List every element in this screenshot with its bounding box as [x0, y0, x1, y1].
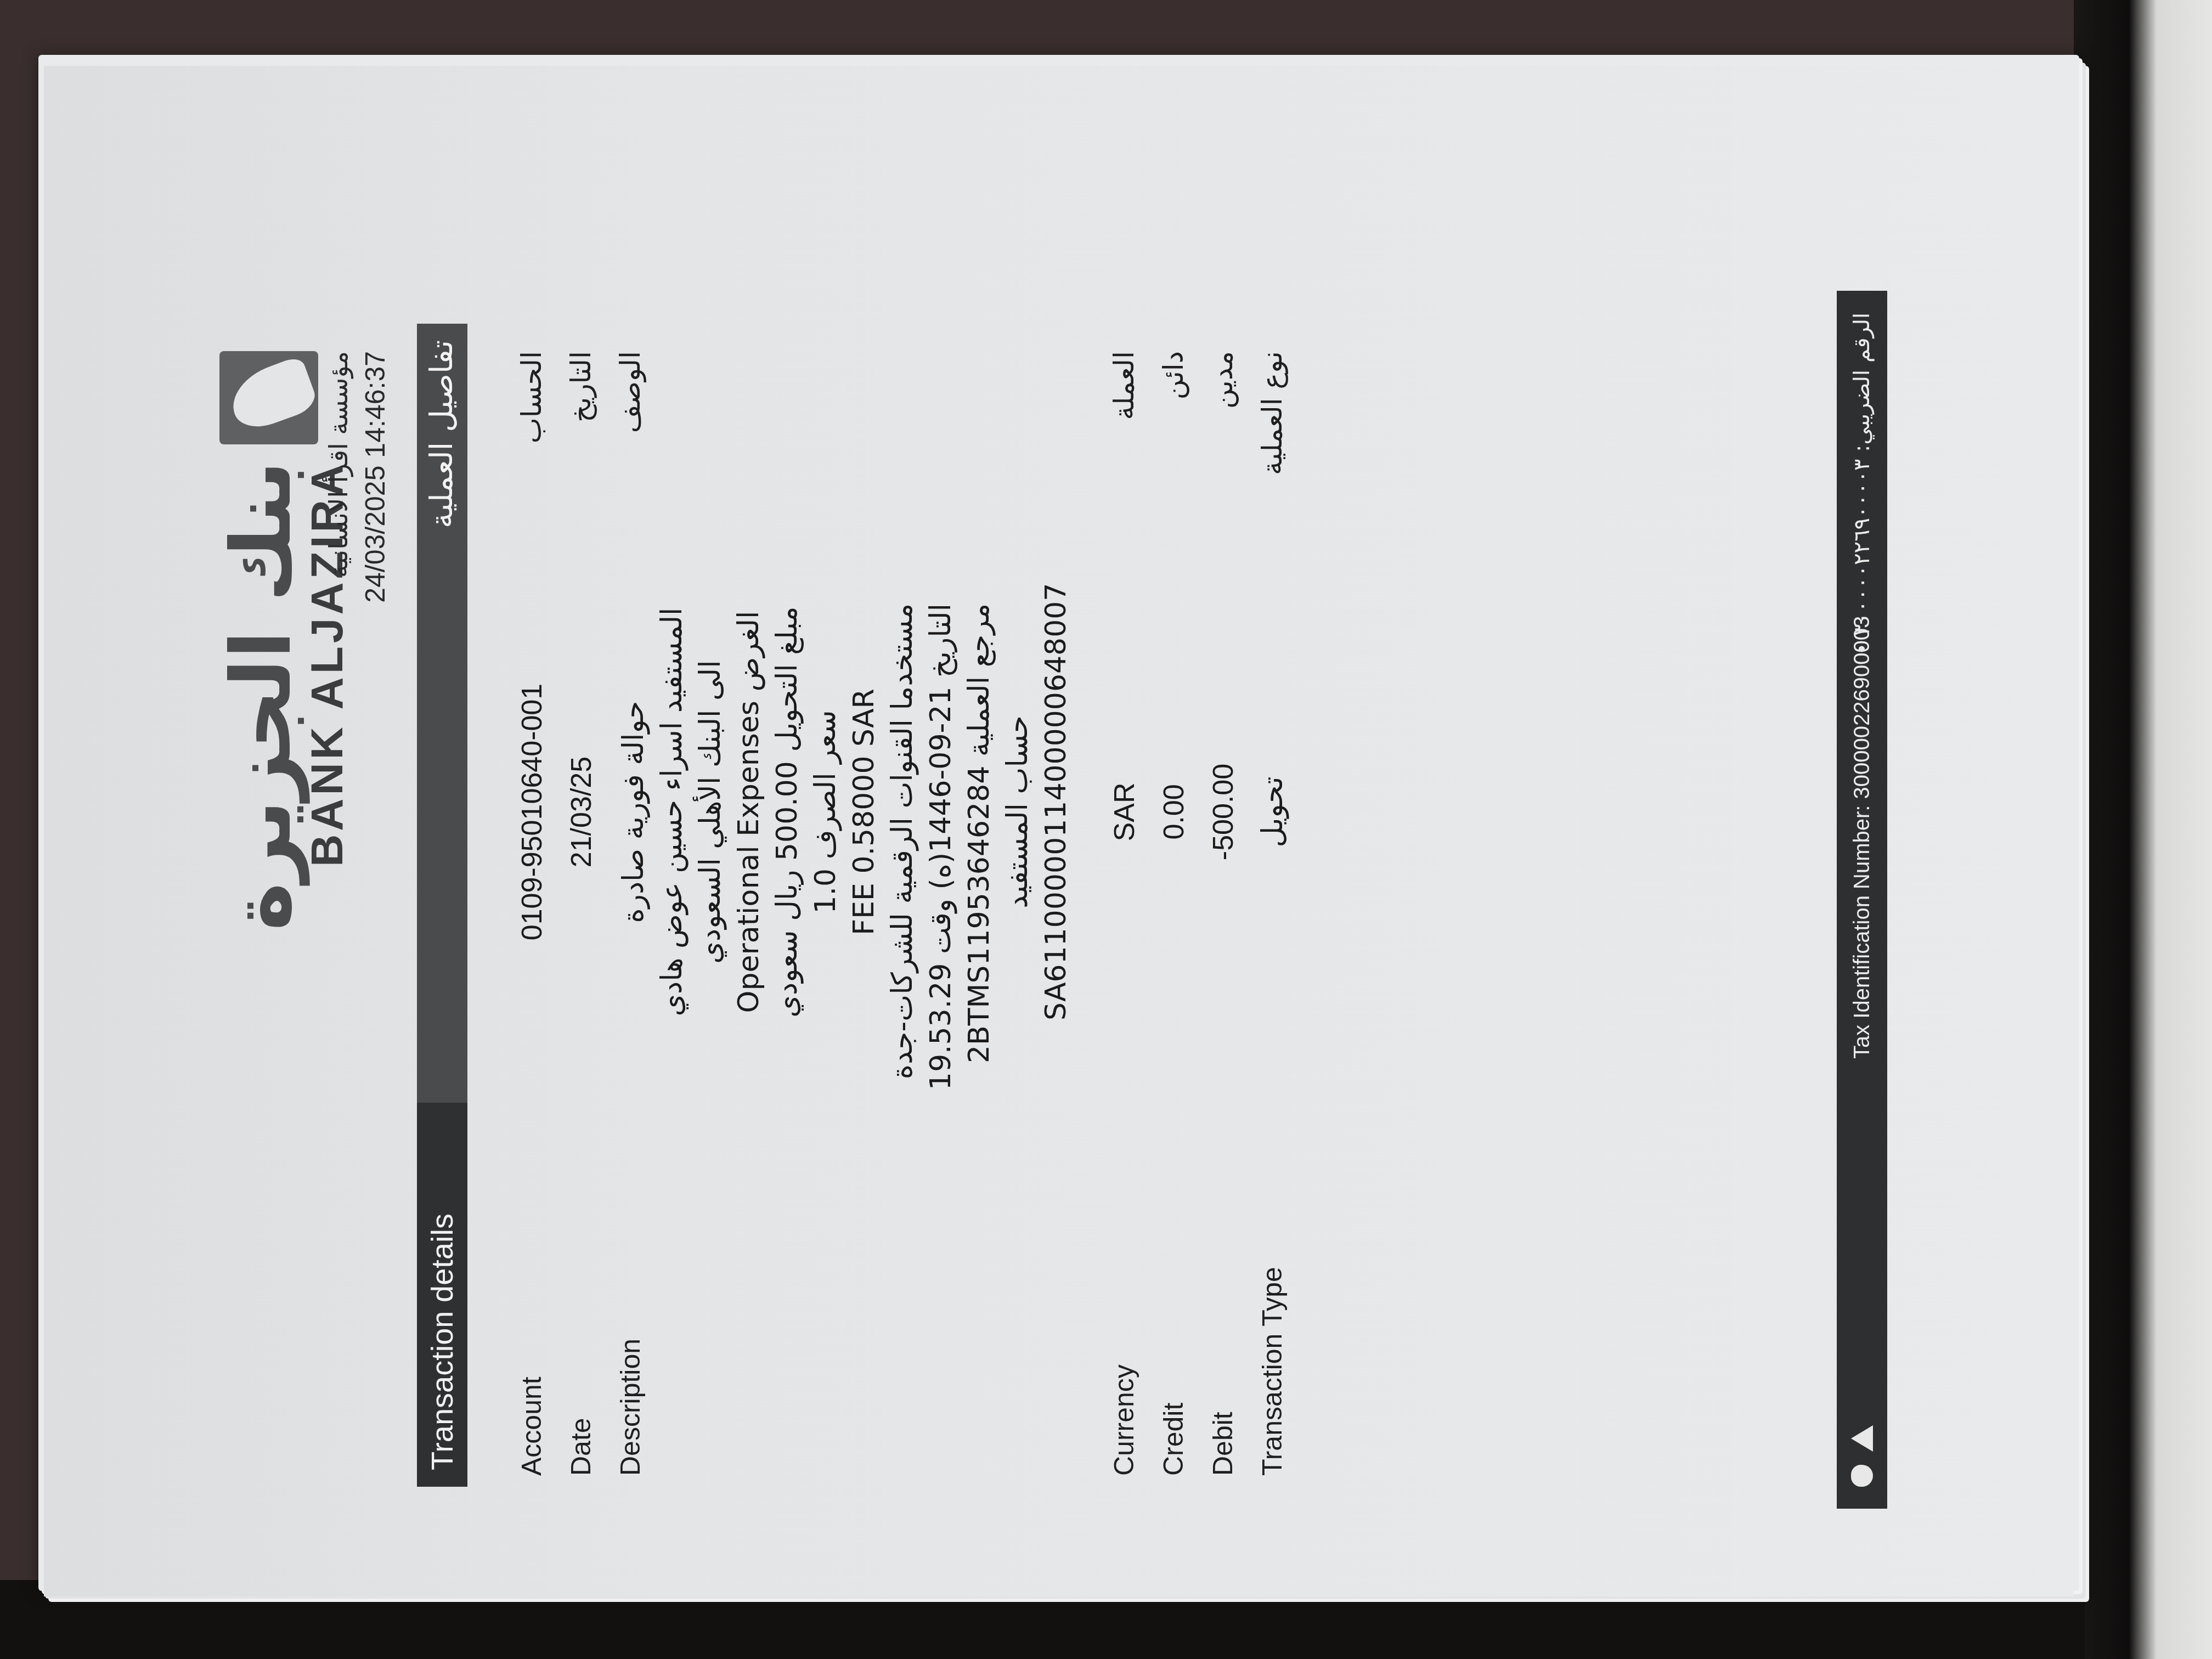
- print-timestamp: 24/03/2025 14:46:37: [359, 351, 391, 603]
- triangle-logo-icon: [1851, 1425, 1873, 1452]
- description-line: حساب المستفيد: [998, 603, 1037, 1020]
- debit-value: -500.00: [1207, 587, 1240, 1037]
- credit-label-ar: دائن: [1158, 351, 1189, 399]
- tax-number-arabic: الرقم الضريبي: ٣٠٠٠٠٠٢٢٦٩٠٠٠٠٣: [1837, 313, 1887, 636]
- account-label-en: Account: [516, 1376, 548, 1476]
- description-line: FEE 0.58000 SAR: [845, 603, 883, 1020]
- description-line: مبلغ التحويل 500.00 ريال سعودي: [768, 603, 806, 1020]
- description-line: الغرض Operational Expenses: [730, 603, 768, 1020]
- currency-label-ar: العملة: [1108, 351, 1140, 420]
- bank-name-arabic: بنك الجزيرة: [214, 461, 309, 931]
- currency-value: SAR: [1108, 587, 1141, 1037]
- organization-name: مؤسسة اقرأ الانسانية: [324, 351, 353, 578]
- date-label-ar: التاريخ: [565, 351, 597, 422]
- desk-background-right: [2074, 0, 2212, 1659]
- footer-icons: [1837, 1425, 1887, 1487]
- description-line: المستفيد اسراء حسين عوض هادي: [653, 603, 691, 1020]
- vision-2030-icon: [1851, 1465, 1873, 1487]
- transaction-receipt-page: بنك الجزيرة BANK ALJAZIRA مؤسسة اقرأ الا…: [44, 66, 2074, 1596]
- debit-label-en: Debit: [1207, 1412, 1239, 1476]
- currency-label-en: Currency: [1108, 1364, 1140, 1476]
- description-line: حوالة فورية صادرة: [614, 603, 653, 1020]
- separator-dot: •: [1837, 645, 1887, 653]
- section-title-english: Transaction details: [417, 1103, 467, 1487]
- description-line: التاريخ 21-09-1446(ه) وقت 19.53.29: [922, 603, 960, 1020]
- credit-value: 0.00: [1158, 587, 1190, 1037]
- description-label-ar: الوصف: [614, 351, 646, 433]
- transaction-type-value: تحويل: [1256, 587, 1289, 1037]
- debit-label-ar: مدين: [1207, 351, 1239, 409]
- account-label-ar: الحساب: [516, 351, 548, 443]
- credit-label-en: Credit: [1158, 1403, 1189, 1476]
- description-line: سعر الصرف 1.0: [806, 603, 845, 1020]
- transaction-type-label-en: Transaction Type: [1256, 1267, 1288, 1476]
- bank-emblem-icon: [219, 351, 318, 444]
- description-line: SA6110000011400000648007: [1037, 603, 1075, 1020]
- date-label-en: Date: [565, 1418, 597, 1476]
- description-line: الى البنك الأهلي السعودي: [691, 603, 730, 1020]
- tax-number-english: Tax Identification Number: 3000002269000…: [1837, 616, 1887, 1059]
- description-line: مستخدما القنوات الرقمية للشركات-جدة: [883, 603, 922, 1020]
- description-value: حوالة فورية صادرة المستفيد اسراء حسين عو…: [614, 603, 1075, 1020]
- description-line: مرجع العملية 2BTMS11953646284: [960, 603, 998, 1020]
- transaction-type-label-ar: نوع العملية: [1256, 351, 1288, 475]
- account-value: 0109-95010640-001: [516, 587, 549, 1037]
- date-value: 21/03/25: [565, 587, 598, 1037]
- description-label-en: Description: [614, 1339, 646, 1476]
- tax-footer-bar: Tax Identification Number: 3000002269000…: [1837, 291, 1887, 1509]
